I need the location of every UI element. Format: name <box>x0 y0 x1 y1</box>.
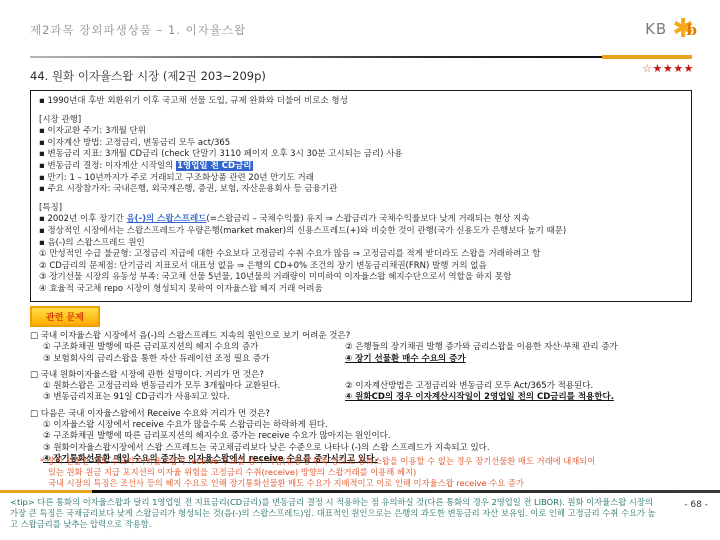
summary-box: ▪ 1990년대 후반 외환위기 이후 국고채 선물 도입, 규제 완화와 더불… <box>30 90 692 302</box>
option-1: ① 원화스왑은 고정금리와 변동금리가 모두 3개월마다 교환된다. <box>43 381 345 392</box>
option-3: ③ 원화이자율스왑시장에서 스왑 스프레드는 국고채금리보다 낮은 수준으로 나… <box>43 443 696 454</box>
features-heading: [특징] <box>39 203 683 215</box>
practice-item: ▪ 이자계산 방법: 고정금리, 변동금리 모두 act/365 <box>39 138 683 150</box>
question-stem: □ 국내 이자율스왑 시장에서 음(-)의 스왑스프레드 지속의 원인으로 보기… <box>30 331 696 342</box>
kb-logo: KB ✱ b <box>645 16 694 42</box>
practice-item: ▪ 변동금리 지표: 3개월 CD금리 (check 단말기 3110 페이지 … <box>39 149 683 161</box>
answer-note: * 장기 선물환 매도 수요가 이자율스왑의 receive 수요를 증가 시킴… <box>40 456 705 489</box>
feature1-suffix: (=스왑금리 – 국채수익률) 유지 ⇒ 스왑금리가 국채수익률보다 낮게 거래… <box>206 214 529 224</box>
header-divider <box>30 56 602 58</box>
rate-fixing-prefix: ▪ 변동금리 결정: 이자계산 시작일의 <box>39 161 176 171</box>
slide-page: { "header": { "course": "제2과목 장외파생상품 – 1… <box>0 0 720 540</box>
header-divider-accent <box>602 55 692 59</box>
question-options: ① 구조화채권 발행에 따른 금리포지션의 헤지 수요의 증가 ② 은행들의 장… <box>30 342 696 365</box>
note-line: * 장기 선물환 매도 수요가 이자율스왑의 receive 수요를 증가 시킴… <box>40 456 705 467</box>
summary-intro: ▪ 1990년대 후반 외환위기 이후 국고채 선물 도입, 규제 완화와 더불… <box>39 96 683 108</box>
question-stem: □ 국내 원화이자율스왑 시장에 관한 설명이다. 거리가 먼 것은? <box>30 370 696 381</box>
cause-item: ② CD금리의 문제점: 단기금리 지표로서 대표성 없음 ⇒ 은행의 CD+0… <box>39 261 683 273</box>
option-4-answer: ④ 장기 선물환 매수 수요의 증가 <box>345 354 696 365</box>
rate-fixing-highlight: 1영업일 전 CD금리 <box>176 161 252 171</box>
feature-item: ▪ 2002년 이후 장기간 음(-)의 스왑스프레드(=스왑금리 – 국채수익… <box>39 214 683 226</box>
page-title: 44. 원화 이자율스왑 시장 (제2권 203~209p) <box>30 68 266 84</box>
footer-tip: <tip> 다른 통화의 이자율스왑과 달리 1영업일 전 지표금리(CD금리)… <box>10 497 658 529</box>
question-options: ① 원화스왑은 고정금리와 변동금리가 모두 3개월마다 교환된다. ② 이자계… <box>30 381 696 404</box>
cause-item: ③ 장기선물 시장의 유동성 부족: 국고채 선물 5년물, 10년물의 거래량… <box>39 272 683 284</box>
option-2: ② 은행들의 장기채권 발행 증가와 금리스왑을 이용한 자산·부채 관리 증가 <box>345 342 696 353</box>
option-4-answer: ④ 원화CD의 경우 이자계산시작일이 2영업일 전의 CD금리를 적용한다. <box>345 392 696 403</box>
kb-star-icon: ✱ b <box>672 16 694 42</box>
cause-item: ① 만성적인 수급 불균형: 고정금리 지급에 대한 수요보다 고정금리 수취 … <box>39 249 683 261</box>
course-header: 제2과목 장외파생상품 – 1. 이자율스왑 <box>30 22 246 38</box>
footer-divider <box>0 490 720 493</box>
option-3: ③ 보험회사의 금리스왑을 통한 자산 듀레이션 조정 필요 증가 <box>43 354 345 365</box>
feature1-prefix: ▪ 2002년 이후 장기간 <box>39 214 126 224</box>
option-3: ③ 변동금리지표는 91일 CD금리가 사용되고 있다. <box>43 392 345 403</box>
practice-item: ▪ 이자교환 주기: 3개월 단위 <box>39 126 683 138</box>
star-filled-icons: ★★★★ <box>653 62 694 75</box>
option-1: ① 이자율스왑 시장에서 receive 수요가 많을수록 스왑금리는 하락하게… <box>43 420 696 431</box>
practice-item: ▪ 주요 시장참가자: 국내은행, 외국계은행, 증권, 보험, 자산운용회사 … <box>39 184 683 196</box>
star-outline-icon: ☆ <box>642 62 652 75</box>
question-2: □ 국내 원화이자율스왑 시장에 관한 설명이다. 거리가 먼 것은? ① 원화… <box>30 370 696 404</box>
difficulty-rating: ☆★★★★ <box>642 62 694 75</box>
related-problems-label: 관련 문제 <box>30 306 100 327</box>
option-1: ① 구조화채권 발행에 따른 금리포지션의 헤지 수요의 증가 <box>43 342 345 353</box>
note-line: 국내 시장의 특징은 조선사 등의 헤지 수요로 인해 장기통화선물환 매도 수… <box>40 478 705 489</box>
question-stem: □ 다음은 국내 이자율스왑에서 Receive 수요와 거리가 먼 것은? <box>30 409 696 420</box>
feature-item: ▪ 음(-)의 스왑스프레드 원인 <box>39 238 683 250</box>
question-1: □ 국내 이자율스왑 시장에서 음(-)의 스왑스프레드 지속의 원인으로 보기… <box>30 331 696 365</box>
practice-item: ▪ 만기: 1 – 10년까지가 주로 거래되고 구조화상품 관련 20년 만기… <box>39 173 683 185</box>
practice-heading: [시장 관행] <box>39 115 683 127</box>
feature1-emphasis: 음(-)의 스왑스프레드 <box>126 214 206 224</box>
kb-logo-text: KB <box>645 20 667 38</box>
questions-section: □ 국내 이자율스왑 시장에서 음(-)의 스왑스프레드 지속의 원인으로 보기… <box>30 331 696 470</box>
note-line: 있는 원화 원금 지급 포지션의 이자율 위험을 고정금리 수취(receive… <box>40 467 705 478</box>
kb-logo-b: b <box>687 17 698 43</box>
option-2: ② 이자계산방법은 고정금리와 변동금리 모두 Act/365가 적용된다. <box>345 381 696 392</box>
page-number: - 68 - <box>684 500 708 510</box>
cause-item: ④ 효율적 국고채 repo 시장이 형성되지 못하여 이자율스왑 헤지 거래 … <box>39 284 683 296</box>
practice-item-rate-fixing: ▪ 변동금리 결정: 이자계산 시작일의 1영업일 전 CD금리 <box>39 161 683 173</box>
feature-item: ▪ 정상적인 시장에서는 스왑스프레드가 우량은행(market maker)의… <box>39 226 683 238</box>
option-2: ② 구조화채권 발행에 따른 금리포지션의 헤지수요 증가는 receive 수… <box>43 431 696 442</box>
